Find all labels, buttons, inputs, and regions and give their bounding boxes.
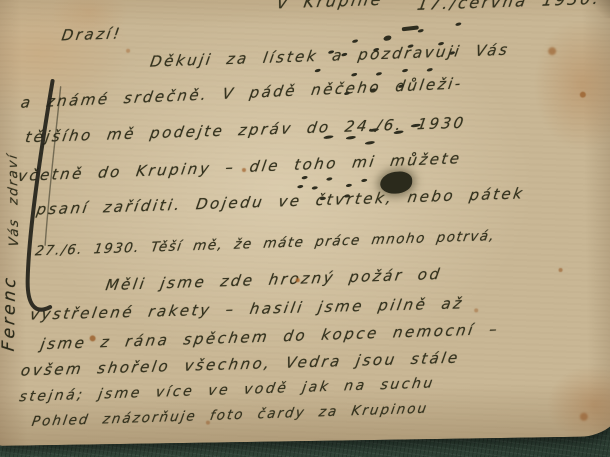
letter-line: vystřelené rakety – hasili jsme pilně až [29, 294, 466, 323]
letter-line: ovšem shořelo všechno, Vedra jsou stále [20, 349, 462, 380]
letter-line: Děkuji za lístek a pozdravuji Vás [149, 41, 511, 71]
ink-spatter-middle [323, 135, 333, 140]
ink-spatter-lower [297, 185, 303, 189]
ink-dash [402, 25, 419, 31]
letter-paper: v Krupině 17./června 1930. Drazí! Děkuji… [0, 0, 610, 446]
dateline-place: v Krupině [276, 0, 385, 12]
letter-line: psaní zaříditi. Dojedu ve čtvrtek, nebo … [35, 184, 526, 218]
letter-line: tějšího mě podejte zpráv do 24./6. 1930 [24, 114, 467, 147]
letter-line: stejná; jsme více ve vodě jak na suchu [18, 375, 436, 405]
letter-line: a známé srdečně. V pádě něčeho důleži- [20, 74, 464, 111]
salutation: Drazí! [60, 24, 123, 44]
letter-photograph: v Krupině 17./června 1930. Drazí! Děkuji… [0, 0, 610, 457]
signature-flourish-stroke [9, 77, 83, 328]
letter-line: jsme z rána spěchem do kopce nemocní – [39, 320, 500, 353]
letter-line: 27./6. 1930. Těší mě, že máte práce mnoh… [34, 228, 497, 259]
letter-line: Měli jsme zde hrozný požár od [104, 265, 443, 294]
letter-line: Pohled znázorňuje foto čardy za Krupinou [31, 401, 430, 430]
